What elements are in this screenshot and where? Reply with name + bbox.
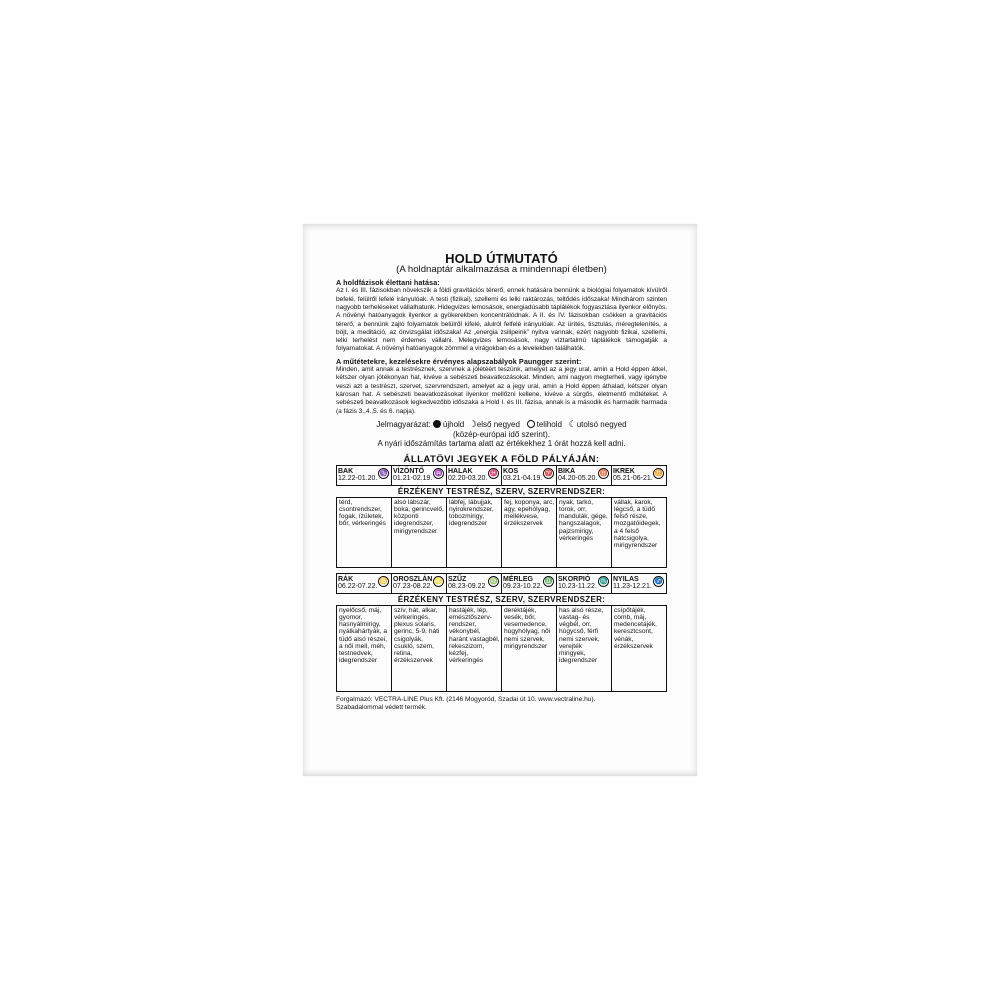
organs-cell: lábfej, lábujjak, nyirokrendszer, tobozm…: [447, 497, 502, 567]
page-subtitle: (A holdnaptár alkalmazása a mindennapi é…: [336, 265, 667, 275]
cancer-icon: ♋: [378, 576, 389, 587]
legend-new-moon: újhold: [443, 420, 464, 429]
organs-cell: vállak, karok, légcső, a tüdő felső rész…: [612, 497, 667, 567]
sign-cell-oroszlan: OROSZLÁN07.23-08.22.♌: [392, 573, 447, 593]
organs-table-1: térd, csontrendszer, fogak, ízületek, bő…: [336, 497, 667, 568]
sign-cell-rak: RÁK06.22-07.22.♋: [337, 573, 392, 593]
libra-icon: ♎: [543, 576, 554, 587]
sign-cell-skorpio: SKORPIÓ10.23-11.22.♏: [557, 573, 612, 593]
organs-cell: deréktájék, vesék, bőr, vesemedence, húg…: [502, 605, 557, 691]
sign-cell-halak: HALAK02.20-03.20.♓: [447, 465, 502, 485]
sign-cell-ikrek: IKREK05.21-06-21.♊: [612, 465, 667, 485]
sagittarius-icon: ♐: [653, 576, 664, 587]
document-card: HOLD ÚTMUTATÓ (A holdnaptár alkalmazása …: [303, 224, 697, 776]
zodiac-table-1: BAK12.22-01.20.♑ VÍZÖNTŐ01.21-02.19.♒ HA…: [336, 465, 667, 486]
sign-row: RÁK06.22-07.22.♋ OROSZLÁN07.23-08.22.♌ S…: [337, 573, 667, 593]
organs-cell: has alsó része, vastag- és végbél, orr, …: [557, 605, 612, 691]
footer: Forgalmazó: VECTRA-LINE Plus Kft. (2146 …: [336, 696, 667, 712]
zodiac-heading: ÁLLATÖVI JEGYEK A FÖLD PÁLYÁJÁN:: [336, 454, 667, 465]
gemini-icon: ♊: [653, 468, 664, 479]
document-content: HOLD ÚTMUTATÓ (A holdnaptár alkalmazása …: [336, 252, 667, 712]
sign-row: BAK12.22-01.20.♑ VÍZÖNTŐ01.21-02.19.♒ HA…: [337, 465, 667, 485]
legend-first-quarter: első negyed: [477, 420, 520, 429]
sensitive-heading-2: ÉRZÉKENY TESTRÉSZ, SZERV, SZERVRENDSZER:: [336, 595, 667, 604]
capricorn-icon: ♑: [378, 468, 389, 479]
organs-cell: szív, hát, alkar, vérkeringés, plexus so…: [392, 605, 447, 691]
virgo-icon: ♍: [488, 576, 499, 587]
organs-cell: nyelőcső, máj, gyomor, hasnyálmirigy, ny…: [337, 605, 392, 691]
last-quarter-icon: ☾: [569, 419, 577, 429]
zodiac-table-2: RÁK06.22-07.22.♋ OROSZLÁN07.23-08.22.♌ S…: [336, 573, 667, 594]
sign-cell-szuz: SZŰZ08.23-09.22♍: [447, 573, 502, 593]
section-text-moon-phases: Az I. és III. fázisokban növekszik a föl…: [336, 287, 667, 353]
section-heading-moon-phases: A holdfázisok élettani hatása:: [336, 279, 667, 287]
sign-cell-kos: KOS03.21-04.19.♈: [502, 465, 557, 485]
organs-cell: térd, csontrendszer, fogak, ízületek, bő…: [337, 497, 392, 567]
footer-distributor: Forgalmazó: VECTRA-LINE Plus Kft. (2146 …: [336, 696, 667, 704]
legend: Jelmagyarázat: újhold ☽első negyed telih…: [336, 420, 667, 449]
organs-cell: fej, koponya, arc, agy, epehólyag, mellé…: [502, 497, 557, 567]
pisces-icon: ♓: [488, 468, 499, 479]
footer-patent: Szabadalommal védett termék.: [336, 704, 667, 712]
sign-cell-bika: BIKA04.20-05.20.♉: [557, 465, 612, 485]
sensitive-heading-1: ÉRZÉKENY TESTRÉSZ, SZERV, SZERVRENDSZER:: [336, 487, 667, 496]
aquarius-icon: ♒: [433, 468, 444, 479]
legend-full-moon: telihold: [537, 420, 562, 429]
sign-cell-bak: BAK12.22-01.20.♑: [337, 465, 392, 485]
organs-cell: csípőtájék, comb, máj, medencetájék, ker…: [612, 605, 667, 691]
legend-last-quarter: utolsó negyed: [577, 420, 627, 429]
new-moon-icon: [433, 420, 441, 428]
legend-timezone-note: (közép-európai idő szerint).: [336, 430, 667, 440]
sign-cell-merleg: MÉRLEG09.23-10.22.♎: [502, 573, 557, 593]
organs-cell: hastájék, lép, emésztőszerv-rendszer, vé…: [447, 605, 502, 691]
leo-icon: ♌: [433, 576, 444, 587]
aries-icon: ♈: [543, 468, 554, 479]
organs-row: nyelőcső, máj, gyomor, hasnyálmirigy, ny…: [337, 605, 667, 691]
organs-row: térd, csontrendszer, fogak, ízületek, bő…: [337, 497, 667, 567]
first-quarter-icon: ☽: [469, 419, 477, 429]
full-moon-icon: [527, 420, 535, 428]
organs-cell: alsó lábszár, boka, gerincvelő, központi…: [392, 497, 447, 567]
sign-cell-vizonto: VÍZÖNTŐ01.21-02.19.♒: [392, 465, 447, 485]
sign-cell-nyilas: NYILAS11.23-12.21.♐: [612, 573, 667, 593]
scorpio-icon: ♏: [598, 576, 609, 587]
section-heading-surgery-rules: A műtétetekre, kezelésekre érvényes alap…: [336, 358, 667, 366]
legend-label: Jelmagyarázat:: [376, 420, 430, 429]
taurus-icon: ♉: [598, 468, 609, 479]
organs-cell: nyak, tarkó, torok, orr, mandulák, gége,…: [557, 497, 612, 567]
organs-table-2: nyelőcső, máj, gyomor, hasnyálmirigy, ny…: [336, 605, 667, 692]
legend-dst-note: A nyári időszámítás tartama alatt az ért…: [336, 439, 667, 449]
section-text-surgery-rules: Minden, amit annak a testrésznek, szervn…: [336, 366, 667, 416]
